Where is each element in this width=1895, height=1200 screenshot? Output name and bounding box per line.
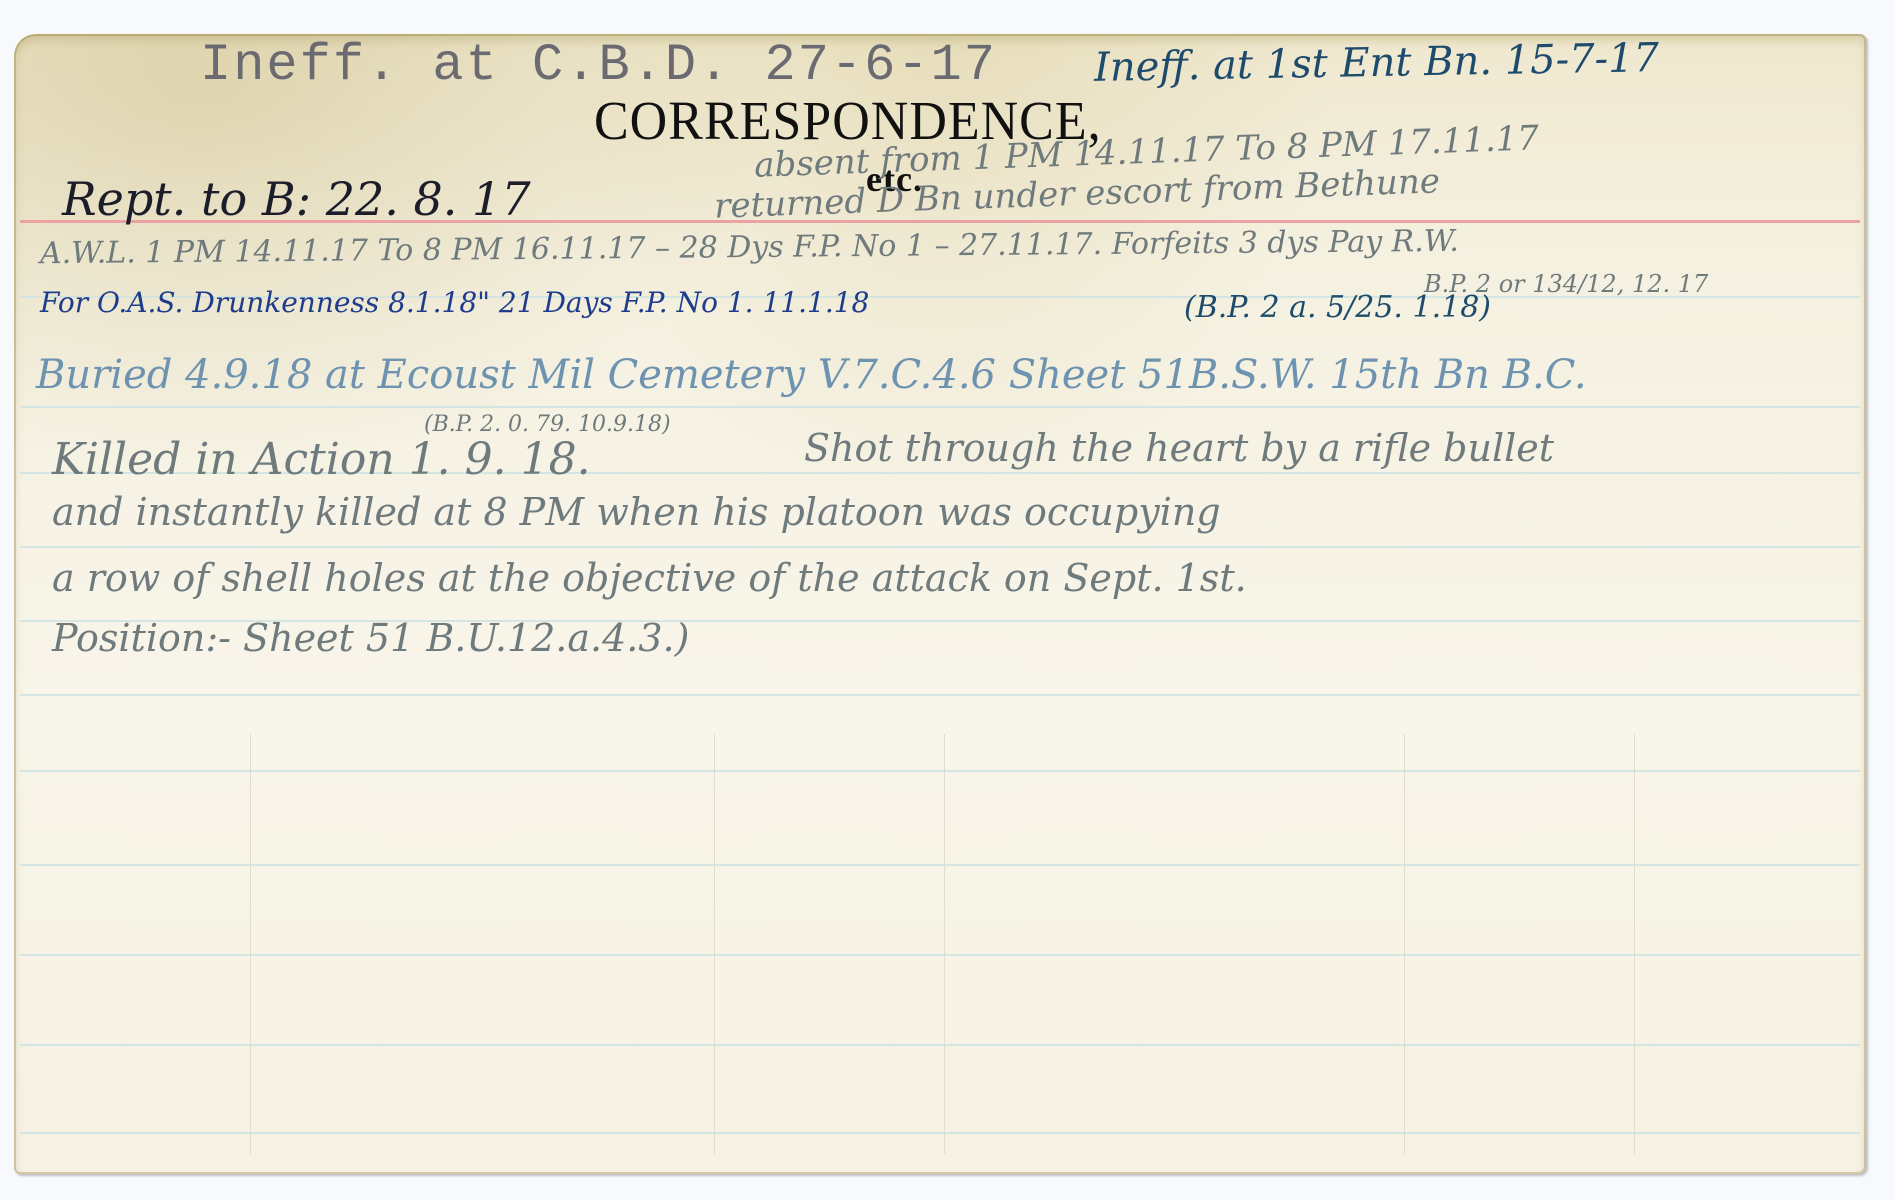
entry-rep-to-b: Rept. to B: 22. 8. 17 [62,172,531,226]
entry-buried: Buried 4.9.18 at Ecoust Mil Cemetery V.7… [36,352,1587,398]
column-divider [714,734,715,1154]
record-card: Ineff. at C.B.D. 27-6-17 CORRESPONDENCE,… [14,34,1866,1174]
entry-awl: A.W.L. 1 PM 14.11.17 To 8 PM 16.11.17 – … [40,224,1459,271]
ruled-line [20,864,1860,866]
typed-header: Ineff. at C.B.D. 27-6-17 [200,36,997,95]
column-divider [1634,734,1635,1154]
ruled-line [20,770,1860,772]
column-divider [250,734,251,1154]
handwritten-ineff-note: Ineff. at 1st Ent Bn. 15-7-17 [1094,35,1660,91]
ruled-line [20,1132,1860,1134]
ruled-line [20,694,1860,696]
ruled-line [20,954,1860,956]
entry-kia: Killed in Action 1. 9. 18. [52,434,591,485]
column-divider [944,734,945,1154]
entry-bp-ref-2: (B.P. 2 a. 5/25. 1.18) [1184,290,1491,325]
ruled-line [20,406,1860,408]
entry-shot-line-2: and instantly killed at 8 PM when his pl… [52,490,1221,534]
ruled-line [20,1044,1860,1046]
column-divider [1404,734,1405,1154]
entry-shot-line-3: a row of shell holes at the objective of… [52,556,1247,600]
entry-position: Position:- Sheet 51 B.U.12.a.4.3.) [52,616,689,660]
ruled-line [20,546,1860,548]
entry-shot-line-1: Shot through the heart by a rifle bullet [804,426,1554,470]
entry-for-oas: For O.A.S. Drunkenness 8.1.18" 21 Days F… [40,286,869,319]
